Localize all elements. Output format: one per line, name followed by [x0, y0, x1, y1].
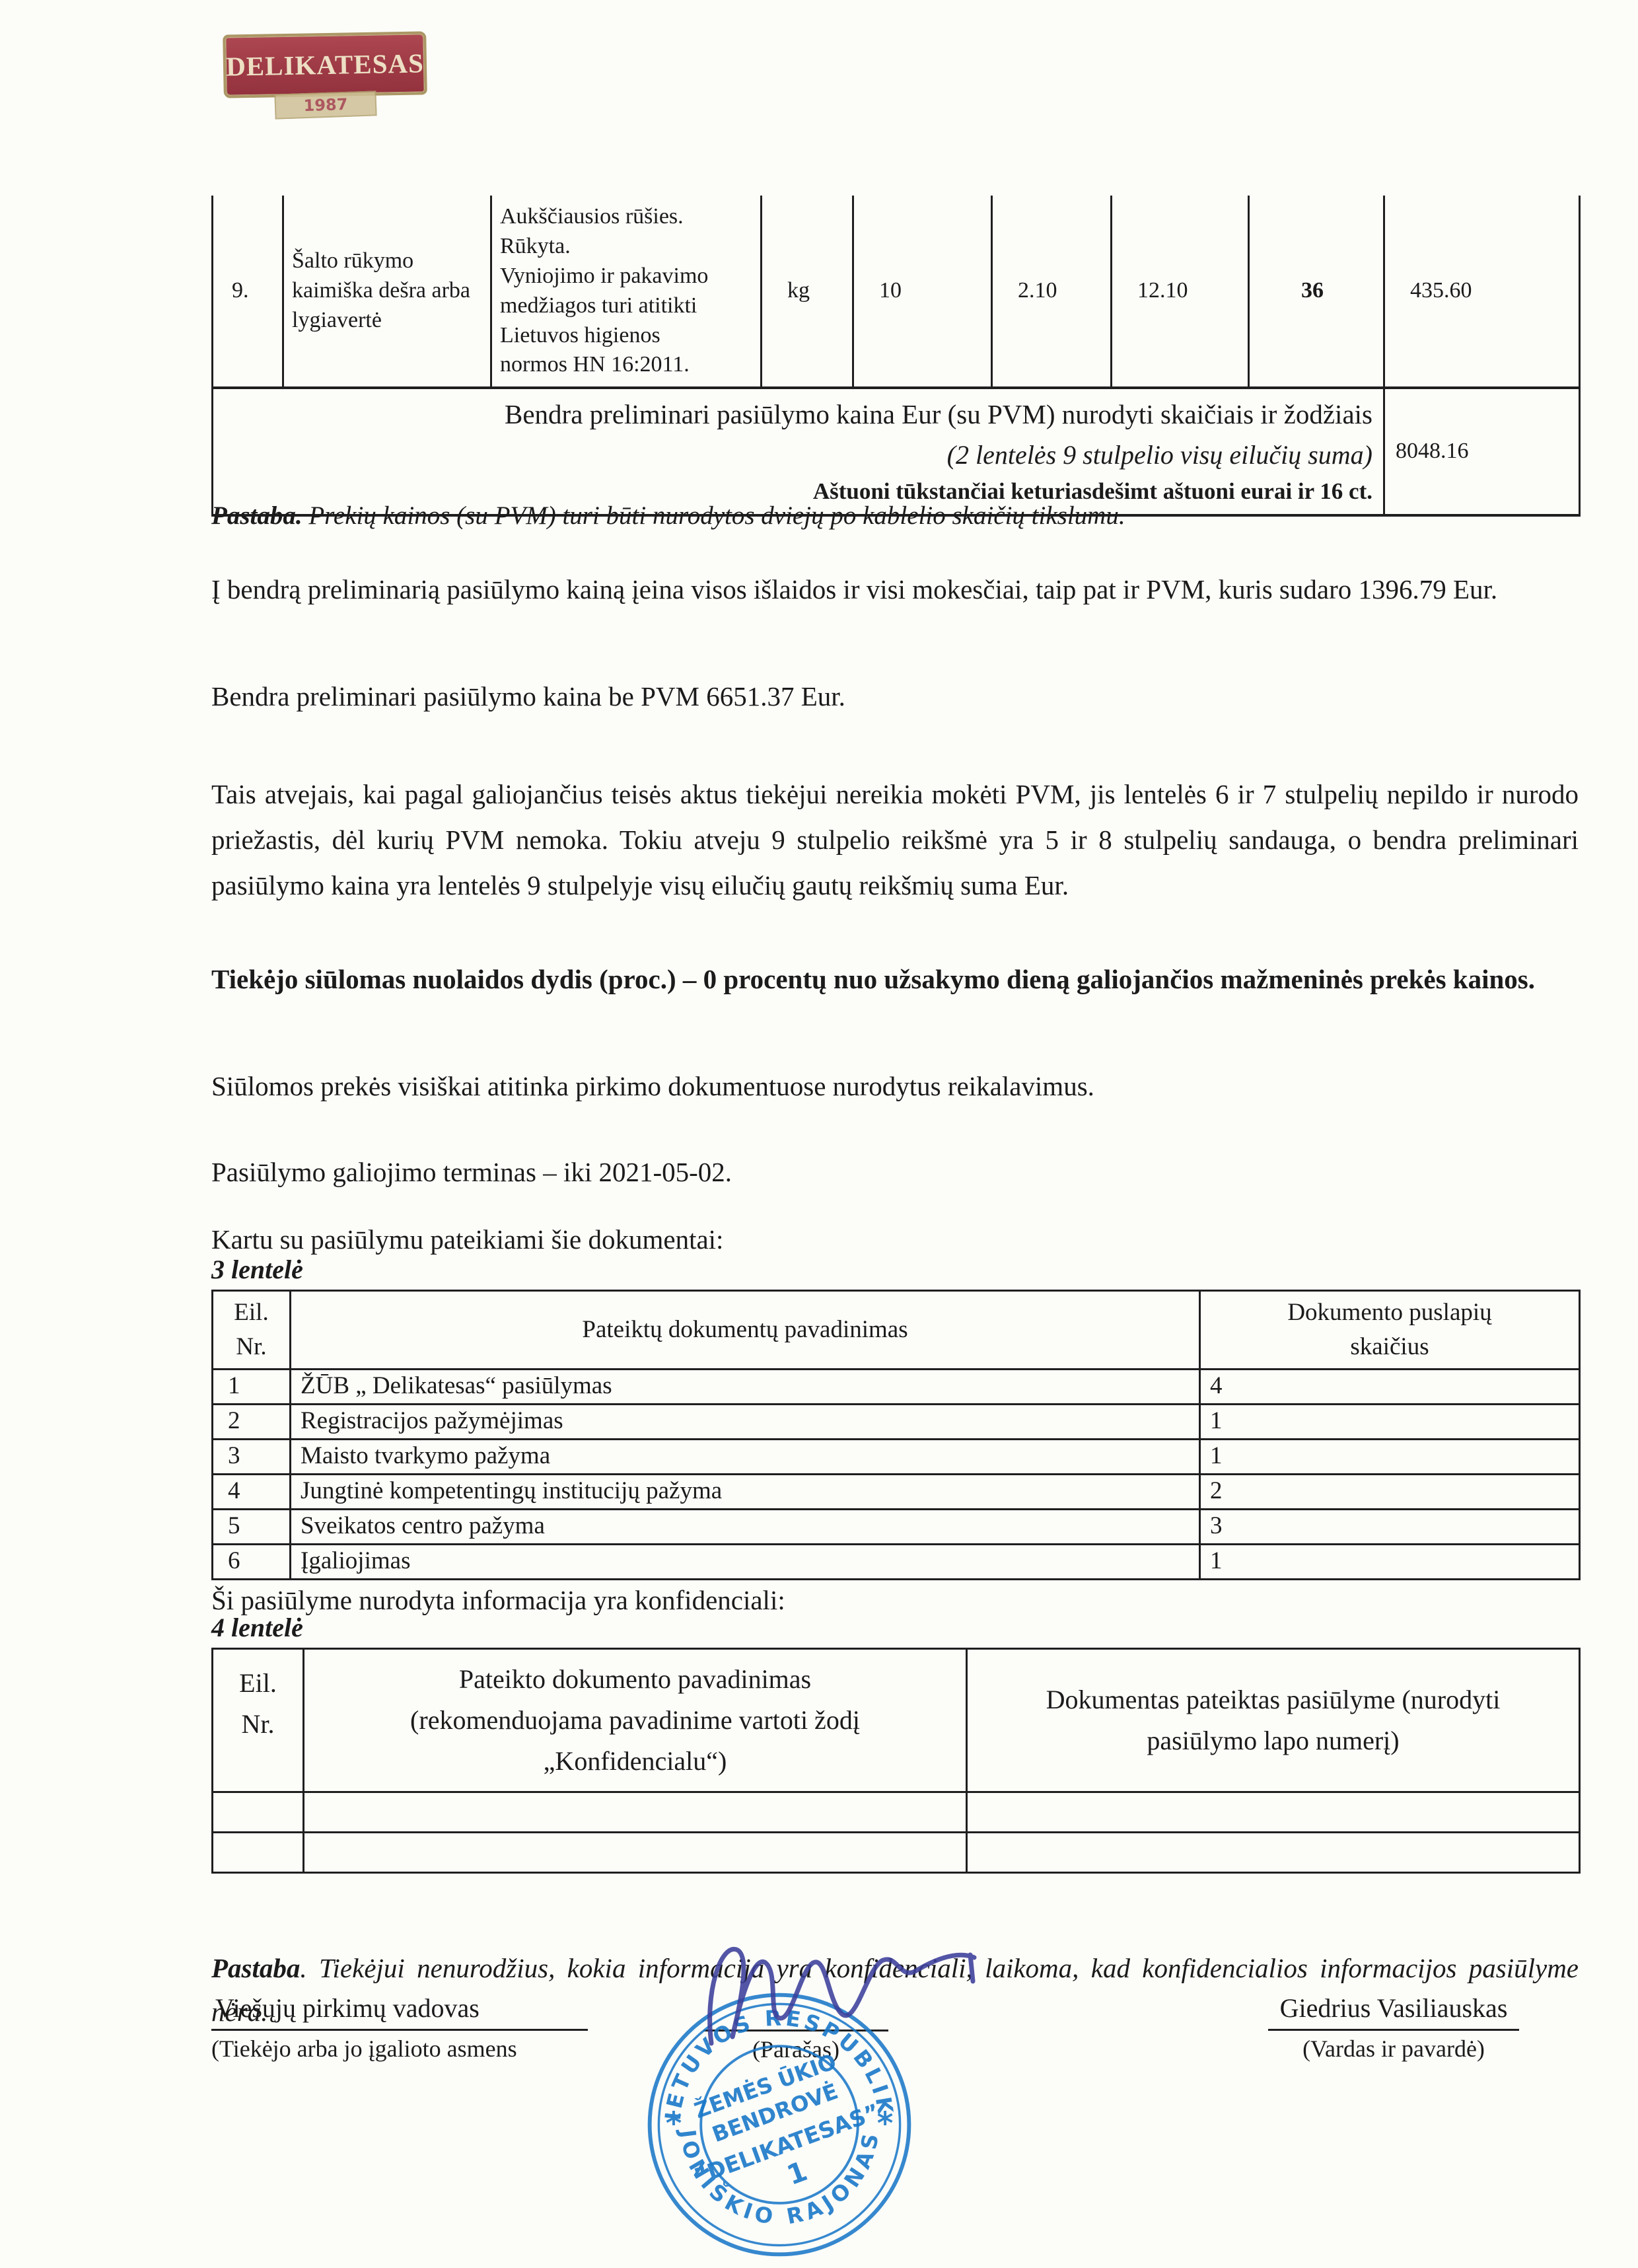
- note1-text: Prekių kainos (su PVM) turi būti nurodyt…: [303, 501, 1125, 530]
- signer-name-caption: (Vardas ir pavardė): [1268, 2035, 1519, 2063]
- paragraph-vat-exemption-rules: Tais atvejais, kai pagal galiojančius te…: [211, 772, 1579, 908]
- row9-sum-vat: 435.60: [1384, 196, 1580, 388]
- paragraph-discount-statement: Tiekėjo siūlomas nuolaidos dydis (proc.)…: [211, 957, 1579, 1002]
- row9-quantity: 10: [853, 196, 992, 388]
- table3-row-3: 3 Maisto tvarkymo pažyma 1: [213, 1439, 1580, 1474]
- table3-row-6: 6 Įgaliojimas 1: [213, 1544, 1580, 1579]
- paragraph-total-without-vat: Bendra preliminari pasiūlymo kaina be PV…: [211, 674, 1579, 719]
- doc4-pages: 2: [1200, 1474, 1580, 1509]
- row9-unit-price-vat: 12.10: [1112, 196, 1249, 388]
- scanned-offer-document-page: DELIKATESAS 1987 9. Šalto rūkymo kaimišk…: [0, 0, 1638, 2268]
- offer-items-table: 9. Šalto rūkymo kaimiška dešra arba lygi…: [211, 196, 1581, 517]
- table4-header-nr: Eil. Nr.: [213, 1649, 304, 1792]
- item-row-9: 9. Šalto rūkymo kaimiška dešra arba lygi…: [213, 196, 1580, 388]
- doc2-pages: 1: [1200, 1404, 1580, 1439]
- row9-unit: kg: [762, 196, 853, 388]
- signer-role-subtitle: (Tiekėjo arba jo įgalioto asmens: [211, 2035, 588, 2063]
- stamp-star-left: *: [666, 2105, 682, 2142]
- submitted-documents-table: Eil. Nr. Pateiktų dokumentų pavadinimas …: [211, 1290, 1581, 1580]
- table3-header-pages: Dokumento puslapių skaičius: [1200, 1291, 1580, 1370]
- empty-cell: [304, 1833, 967, 1873]
- paragraph-conformity-statement: Siūlomos prekės visiškai atitinka pirkim…: [211, 1064, 1579, 1109]
- logo-banner: DELIKATESAS: [223, 31, 427, 98]
- table3-header-name: Pateiktų dokumentų pavadinimas: [291, 1291, 1200, 1370]
- doc4-name: Jungtinė kompetentingų institucijų pažym…: [291, 1474, 1200, 1509]
- empty-cell: [304, 1792, 967, 1833]
- doc1-nr: 1: [213, 1369, 291, 1404]
- table3-header-row: Eil. Nr. Pateiktų dokumentų pavadinimas …: [213, 1291, 1580, 1370]
- row9-unit-price: 2.10: [992, 196, 1112, 388]
- table4-title: 4 lentelė: [211, 1612, 1579, 1643]
- empty-cell: [967, 1833, 1580, 1873]
- signer-role-title: Viešųjų pirkimų vadovas: [211, 1993, 588, 2024]
- paragraph-offer-validity: Pasiūlymo galiojimo terminas – iki 2021-…: [211, 1150, 1579, 1195]
- stamp-center-line-4: 1: [783, 2155, 811, 2191]
- table3-header-nr: Eil. Nr.: [213, 1291, 291, 1370]
- empty-cell: [213, 1792, 304, 1833]
- doc5-name: Sveikatos centro pažyma: [291, 1509, 1200, 1544]
- table3-row-5: 5 Sveikatos centro pažyma 3: [213, 1509, 1580, 1544]
- doc4-nr: 4: [213, 1474, 291, 1509]
- summary-row: Bendra preliminari pasiūlymo kaina Eur (…: [213, 388, 1580, 515]
- empty-cell: [967, 1792, 1580, 1833]
- doc3-pages: 1: [1200, 1439, 1580, 1474]
- confidential-documents-table: Eil. Nr. Pateikto dokumento pavadinimas …: [211, 1648, 1581, 1874]
- note2-label: Pastaba: [211, 1953, 300, 1983]
- logo-brand-text: DELIKATESAS: [226, 47, 424, 82]
- signer-role-column: Viešųjų pirkimų vadovas (Tiekėjo arba jo…: [211, 1993, 588, 2063]
- doc1-pages: 4: [1200, 1369, 1580, 1404]
- row9-specification: Aukščiausios rūšies. Rūkyta. Vyniojimo i…: [491, 196, 762, 388]
- price-precision-note: Pastaba. Prekių kainos (su PVM) turi būt…: [211, 501, 1579, 530]
- row9-product-name: Šalto rūkymo kaimiška dešra arba lygiave…: [283, 196, 491, 388]
- row9-number: 9.: [213, 196, 283, 388]
- table4-header-docname: Pateikto dokumento pavadinimas (rekomend…: [304, 1649, 967, 1792]
- doc2-name: Registracijos pažymėjimas: [291, 1404, 1200, 1439]
- summary-total-value: 8048.16: [1384, 388, 1580, 515]
- table4-empty-row-1: [213, 1792, 1580, 1833]
- doc1-name: ŽŪB „ Delikatesas“ pasiūlymas: [291, 1369, 1200, 1404]
- signature-line-left: [211, 2029, 588, 2031]
- signer-full-name: Giedrius Vasiliauskas: [1268, 1993, 1519, 2024]
- doc2-nr: 2: [213, 1404, 291, 1439]
- logo-ribbon-year: 1987: [274, 91, 376, 119]
- signer-name-column: Giedrius Vasiliauskas (Vardas ir pavardė…: [1268, 1993, 1519, 2063]
- empty-cell: [213, 1833, 304, 1873]
- handwritten-signature: [677, 1932, 987, 2058]
- doc5-nr: 5: [213, 1509, 291, 1544]
- doc6-nr: 6: [213, 1544, 291, 1579]
- summary-line-2: (2 lentelės 9 stulpelio visų eilučių sum…: [224, 435, 1372, 475]
- company-logo: DELIKATESAS 1987: [223, 33, 428, 118]
- doc6-name: Įgaliojimas: [291, 1544, 1200, 1579]
- note1-label: Pastaba.: [211, 501, 303, 530]
- table4-empty-row-2: [213, 1833, 1580, 1873]
- summary-label-cell: Bendra preliminari pasiūlymo kaina Eur (…: [213, 388, 1384, 515]
- table4-header-pageref: Dokumentas pateiktas pasiūlyme (nurodyti…: [967, 1649, 1580, 1792]
- summary-line-1: Bendra preliminari pasiūlymo kaina Eur (…: [224, 394, 1372, 435]
- paragraph-total-with-vat: Į bendrą preliminarią pasiūlymo kainą įe…: [211, 567, 1579, 612]
- table3-row-1: 1 ŽŪB „ Delikatesas“ pasiūlymas 4: [213, 1369, 1580, 1404]
- doc5-pages: 3: [1200, 1509, 1580, 1544]
- signature-line-right: [1268, 2029, 1519, 2031]
- doc3-nr: 3: [213, 1439, 291, 1474]
- table3-row-4: 4 Jungtinė kompetentingų institucijų paž…: [213, 1474, 1580, 1509]
- row9-total-qty: 36: [1249, 196, 1384, 388]
- doc6-pages: 1: [1200, 1544, 1580, 1579]
- table3-row-2: 2 Registracijos pažymėjimas 1: [213, 1404, 1580, 1439]
- doc3-name: Maisto tvarkymo pažyma: [291, 1439, 1200, 1474]
- table3-title: 3 lentelė: [211, 1254, 1579, 1285]
- table4-header-row: Eil. Nr. Pateikto dokumento pavadinimas …: [213, 1649, 1580, 1792]
